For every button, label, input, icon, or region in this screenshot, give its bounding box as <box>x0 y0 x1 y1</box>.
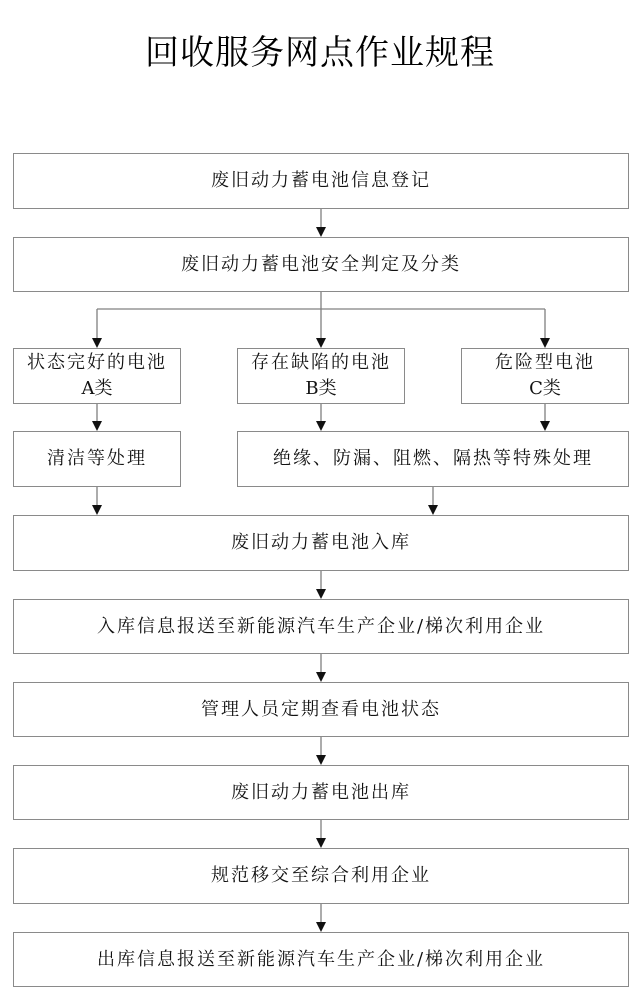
step-storage-in-label: 废旧动力蓄电池入库 <box>231 530 411 556</box>
step-transfer-label: 规范移交至综合利用企业 <box>211 863 431 889</box>
step-classify-label: 废旧动力蓄电池安全判定及分类 <box>181 252 461 278</box>
process-a-label: 清洁等处理 <box>47 446 147 472</box>
step-report-in-box: 入库信息报送至新能源汽车生产企业/梯次利用企业 <box>13 599 629 654</box>
step-inspect-box: 管理人员定期查看电池状态 <box>13 682 629 737</box>
step-report-out-box: 出库信息报送至新能源汽车生产企业/梯次利用企业 <box>13 932 629 987</box>
branch-a-title: 状态完好的电池 <box>27 352 167 373</box>
step-register-box: 废旧动力蓄电池信息登记 <box>13 153 629 209</box>
branch-c-title: 危险型电池 <box>495 352 595 373</box>
branch-a-class: A类 <box>27 376 167 402</box>
branch-c-class: C类 <box>495 376 595 402</box>
process-bc-box: 绝缘、防漏、阻燃、隔热等特殊处理 <box>237 431 629 487</box>
branch-a-box: 状态完好的电池 A类 <box>13 348 181 404</box>
step-storage-in-box: 废旧动力蓄电池入库 <box>13 515 629 571</box>
step-register-label: 废旧动力蓄电池信息登记 <box>211 168 431 194</box>
branch-b-box: 存在缺陷的电池 B类 <box>237 348 405 404</box>
process-bc-label: 绝缘、防漏、阻燃、隔热等特殊处理 <box>273 446 593 472</box>
step-report-in-label: 入库信息报送至新能源汽车生产企业/梯次利用企业 <box>97 614 545 640</box>
step-transfer-box: 规范移交至综合利用企业 <box>13 848 629 904</box>
step-classify-box: 废旧动力蓄电池安全判定及分类 <box>13 237 629 292</box>
branch-b-title: 存在缺陷的电池 <box>251 352 391 373</box>
branch-c-box: 危险型电池 C类 <box>461 348 629 404</box>
process-a-box: 清洁等处理 <box>13 431 181 487</box>
step-report-out-label: 出库信息报送至新能源汽车生产企业/梯次利用企业 <box>97 947 545 973</box>
step-inspect-label: 管理人员定期查看电池状态 <box>201 697 441 723</box>
branch-b-class: B类 <box>251 376 391 402</box>
step-storage-out-label: 废旧动力蓄电池出库 <box>231 780 411 806</box>
step-storage-out-box: 废旧动力蓄电池出库 <box>13 765 629 820</box>
